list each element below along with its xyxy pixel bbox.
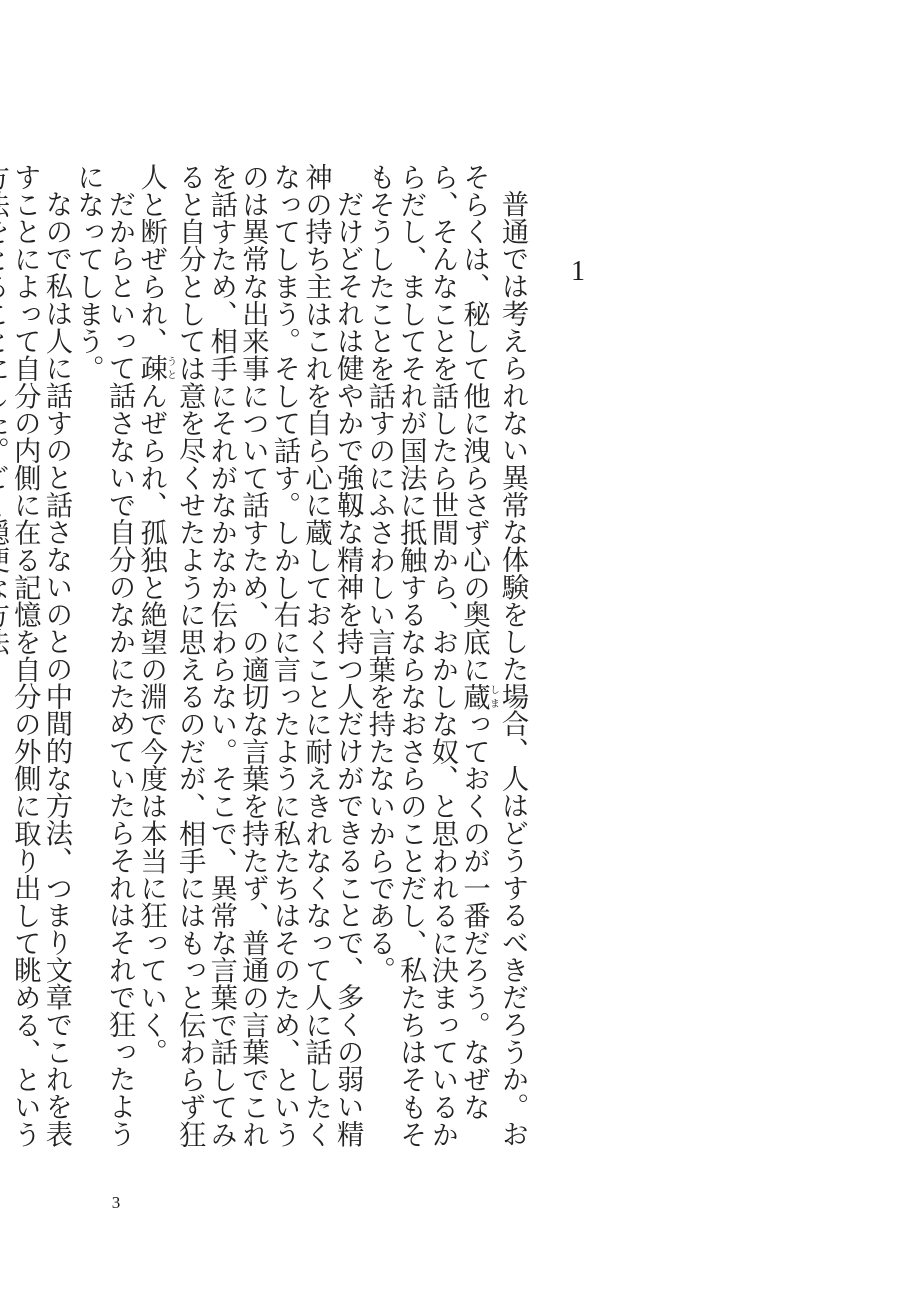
- paragraph-1: 普通では考えられない異常な体験をした場合、人はどうするべきだろうか。おそらくは、…: [363, 163, 528, 1163]
- ruby-reading: しま: [488, 683, 499, 710]
- paragraph-2: だけどそれは健やかで強靱な精神を持つ人だけができることで、多くの弱い精神の持ち主…: [135, 163, 363, 1163]
- text-segment: んぜられ、孤独と絶望の淵で今度は本当に狂っていく。: [136, 382, 167, 1066]
- text-segment: なので私は人に話すのと話さないのとの中間的な方法、つまり文章でこれを表すことによ…: [0, 163, 72, 1148]
- paragraph-4: なので私は人に話すのと話さないのとの中間的な方法、つまり文章でこれを表すことによ…: [0, 163, 72, 1163]
- ruby-annotation: 疎うと: [136, 354, 167, 381]
- chapter-number: 1: [566, 254, 590, 290]
- ruby-annotation: 蔵しま: [459, 683, 490, 710]
- text-segment: だからといって話さないで自分のなかにためていたらそれはそれで狂ったようになってし…: [72, 163, 135, 1148]
- body-text: 普通では考えられない異常な体験をした場合、人はどうするべきだろうか。おそらくは、…: [0, 163, 528, 1163]
- ruby-reading: うと: [165, 354, 176, 381]
- page-number: 3: [106, 1192, 126, 1214]
- paragraph-3: だからといって話さないで自分のなかにためていたらそれはそれで狂ったようになってし…: [72, 163, 135, 1163]
- text-segment: だけどそれは健やかで強靱な精神を持つ人だけができることで、多くの弱い精神の持ち主…: [136, 163, 363, 1148]
